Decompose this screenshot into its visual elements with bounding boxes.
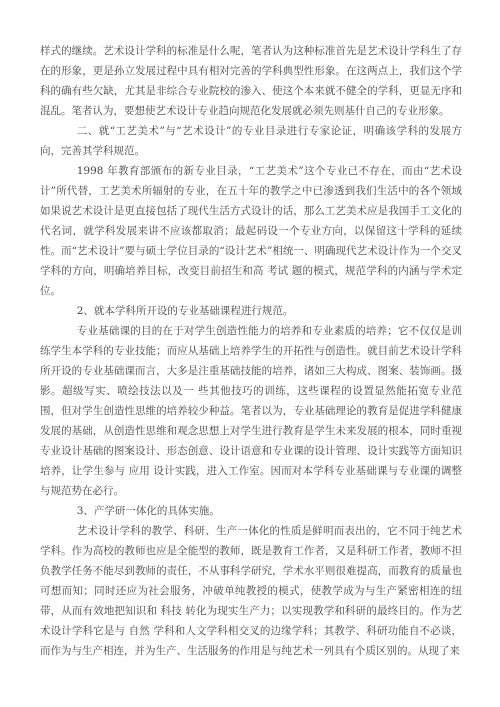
- paragraph: 二、就“工艺美术”与“艺术设计”的专业目录进行专家论证，明确该学科的发展方向，完…: [40, 121, 462, 161]
- document-page: 样式的继续。艺术设计学科的标准是什么呢，笔者认为这种标准首先是艺术设计学科生了存…: [0, 0, 500, 707]
- paragraph: 艺术设计学科的教学、科研、生产一体化的性质是鲜明而表出的，它不同于纯艺术学科。作…: [40, 521, 462, 661]
- paragraph: 1998 年教育部颁布的新专业目录，“工艺美术”这个专业已不存在，而由“艺术设计…: [40, 161, 462, 301]
- paragraph: 2、就本学科所开设的专业基础课程进行规范。: [40, 301, 462, 321]
- paragraph: 专业基础课的目的在于对学生创造性能力的培养和专业素质的培养；它不仅仅是训练学生本…: [40, 321, 462, 501]
- paragraph: 3、产学研一体化的具体实施。: [40, 501, 462, 521]
- paragraph: 样式的继续。艺术设计学科的标准是什么呢，笔者认为这种标准首先是艺术设计学科生了存…: [40, 41, 462, 121]
- document-body: 样式的继续。艺术设计学科的标准是什么呢，笔者认为这种标准首先是艺术设计学科生了存…: [40, 41, 462, 661]
